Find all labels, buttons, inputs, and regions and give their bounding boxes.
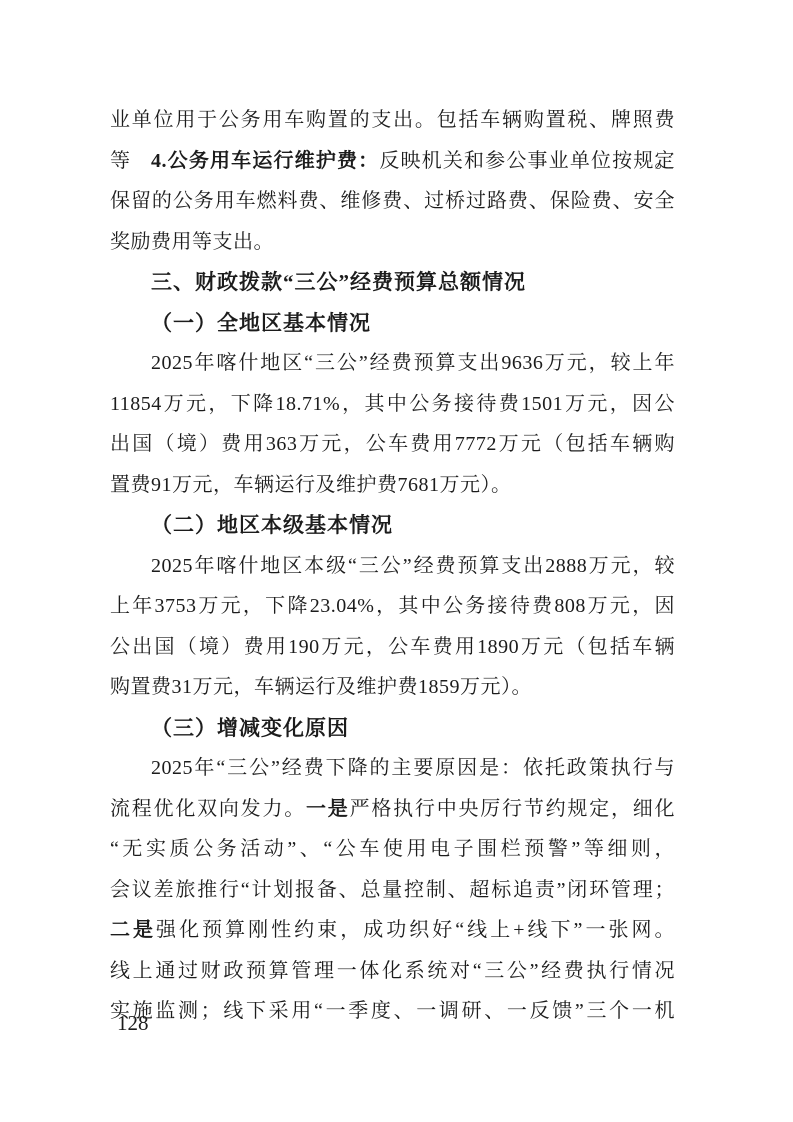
text-line: 4.公务用车运行维护费：反映机关和参公事业单位按规定 [110,141,675,182]
text-segment: 公出国（境）费用190万元，公车费用1890万元（包括车辆 [110,636,675,658]
text-segment: 强化预算刚性约束，成功织好“线上+线下”一张网。 [156,919,675,941]
text-line: 奖励费用等支出。 [110,222,675,263]
text-segment: 置费91万元，车辆运行及维护费7681万元）。 [110,474,512,496]
text-segment: 反映机关和参公事业单位按规定 [379,150,675,172]
text-line: 二是强化预算刚性约束，成功织好“线上+线下”一张网。 [110,910,675,951]
page-number: 128 [117,1008,149,1038]
text-segment: 2025年喀什地区“三公”经费预算支出9636万元，较上年 [151,352,675,374]
document-page: 业单位用于公务用车购置的支出。包括车辆购置税、牌照费等。4.公务用车运行维护费：… [0,0,793,1122]
text-line: 11854万元，下降18.71%，其中公务接待费1501万元，因公 [110,384,675,425]
text-line: “无实质公务活动”、“公车使用电子围栏预警”等细则， [110,829,675,870]
text-segment: 实施监测；线下采用“一季度、一调研、一反馈”三个一机 [110,1000,675,1022]
text-line: 公出国（境）费用190万元，公车费用1890万元（包括车辆 [110,627,675,668]
bold-text-segment: 一是 [306,798,350,820]
bold-text-segment: （三）增减变化原因 [151,716,349,740]
text-line: 置费91万元，车辆运行及维护费7681万元）。 [110,465,675,506]
text-line: 2025年喀什地区“三公”经费预算支出9636万元，较上年 [110,343,675,384]
text-segment: 购置费31万元，车辆运行及维护费1859万元）。 [110,676,532,698]
document-body: 业单位用于公务用车购置的支出。包括车辆购置税、牌照费等。4.公务用车运行维护费：… [110,100,675,1032]
text-line: 实施监测；线下采用“一季度、一调研、一反馈”三个一机 [110,991,675,1032]
text-segment: 出国（境）费用363万元，公车费用7772万元（包括车辆购 [110,433,675,455]
text-segment: 2025年喀什地区本级“三公”经费预算支出2888万元，较 [151,555,675,577]
bold-text-segment: 三、财政拨款“三公”经费预算总额情况 [151,270,526,294]
text-segment: 上年3753万元，下降23.04%，其中公务接待费808万元，因 [110,595,675,617]
bold-text-segment: 二是 [110,919,156,941]
text-segment: 流程优化双向发力。 [110,798,306,820]
text-line: 上年3753万元，下降23.04%，其中公务接待费808万元，因 [110,586,675,627]
text-segment: 严格执行中央厉行节约规定，细化 [350,798,675,820]
text-line: 购置费31万元，车辆运行及维护费1859万元）。 [110,667,675,708]
text-line: 业单位用于公务用车购置的支出。包括车辆购置税、牌照费等。 [110,100,675,141]
text-segment: “无实质公务活动”、“公车使用电子围栏预警”等细则， [110,838,675,860]
text-line: 会议差旅推行“计划报备、总量控制、超标追责”闭环管理； [110,870,675,911]
text-segment: 11854万元，下降18.71%，其中公务接待费1501万元，因公 [110,393,675,415]
text-line: 流程优化双向发力。一是严格执行中央厉行节约规定，细化 [110,789,675,830]
text-line: 2025年“三公”经费下降的主要原因是：依托政策执行与 [110,748,675,789]
text-segment: 会议差旅推行“计划报备、总量控制、超标追责”闭环管理； [110,879,675,901]
bold-text-segment: （一）全地区基本情况 [151,311,371,335]
heading-line: （一）全地区基本情况 [110,303,675,344]
bold-text-segment: 4.公务用车运行维护费： [151,150,379,172]
text-line: 保留的公务用车燃料费、维修费、过桥过路费、保险费、安全 [110,181,675,222]
text-line: 2025年喀什地区本级“三公”经费预算支出2888万元，较 [110,546,675,587]
bold-text-segment: （二）地区本级基本情况 [151,513,393,537]
text-segment: 奖励费用等支出。 [110,231,274,253]
text-segment: 2025年“三公”经费下降的主要原因是：依托政策执行与 [151,757,675,779]
text-line: 出国（境）费用363万元，公车费用7772万元（包括车辆购 [110,424,675,465]
heading-line: （三）增减变化原因 [110,708,675,749]
heading-line: 三、财政拨款“三公”经费预算总额情况 [110,262,675,303]
text-segment: 线上通过财政预算管理一体化系统对“三公”经费执行情况 [110,960,675,982]
text-line: 线上通过财政预算管理一体化系统对“三公”经费执行情况 [110,951,675,992]
text-segment: 保留的公务用车燃料费、维修费、过桥过路费、保险费、安全 [110,190,675,212]
heading-line: （二）地区本级基本情况 [110,505,675,546]
